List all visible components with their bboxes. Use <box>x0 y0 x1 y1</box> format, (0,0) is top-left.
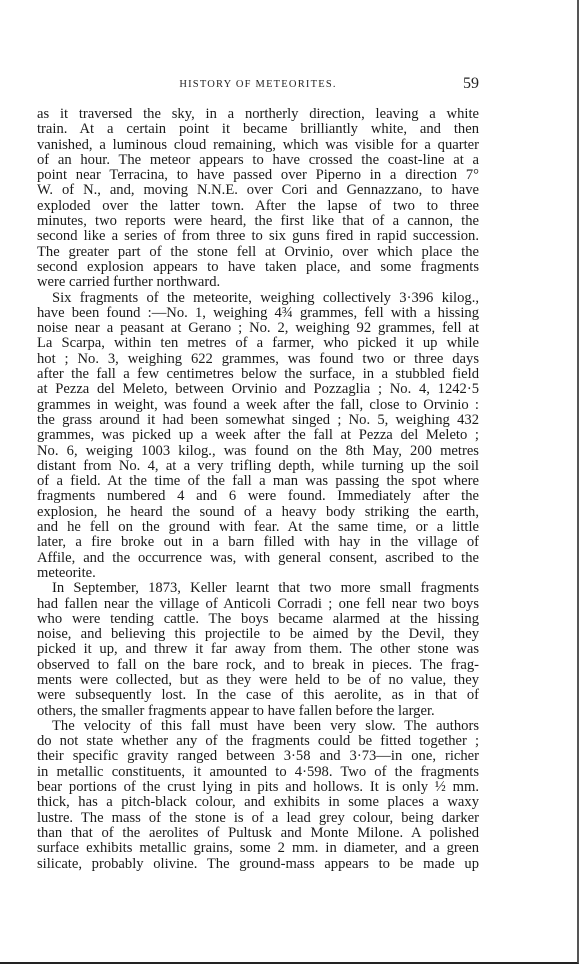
text-line: hot ; No. 3, weighing 622 grammes, was f… <box>37 352 479 367</box>
text-line: La Scarpa, within ten metres of a farmer… <box>37 336 479 351</box>
text-line: noise, and believing this projectile to … <box>37 627 479 642</box>
text-line: Six fragments of the meteorite, weighing… <box>37 291 479 306</box>
text-line: point near Terracina, to have passed ove… <box>37 168 479 183</box>
paragraph: as it traversed the sky, in a northerly … <box>37 107 479 291</box>
text-line: lustre. The mass of the stone is of a le… <box>37 811 479 826</box>
text-line: and he fell on the ground with fear. At … <box>37 520 479 535</box>
paragraph: The velocity of this fall must have been… <box>37 719 479 872</box>
page-number: 59 <box>463 75 479 93</box>
text-line: grammes, was picked up a week after the … <box>37 428 479 443</box>
book-page: HISTORY OF METEORITES. 59 as it traverse… <box>0 0 579 964</box>
text-line: observed to fall on the bare rock, and t… <box>37 658 479 673</box>
text-line: after the fall a few centimetres below t… <box>37 367 479 382</box>
text-line: who were tending cattle. The boys became… <box>37 612 479 627</box>
text-line: In September, 1873, Keller learnt that t… <box>37 581 479 596</box>
body-text: as it traversed the sky, in a northerly … <box>37 107 479 872</box>
text-line: The velocity of this fall must have been… <box>37 719 479 734</box>
text-line: minutes, two reports were heard, the fir… <box>37 214 479 229</box>
text-line: bear portions of the crust lying in pits… <box>37 780 479 795</box>
text-line: No. 6, weiging 1003 kilog., was found on… <box>37 444 479 459</box>
text-line: the grass around it had been somewhat si… <box>37 413 479 428</box>
text-line: picked it up, and threw it far away from… <box>37 642 479 657</box>
text-line: later, a fire broke out in a barn filled… <box>37 535 479 550</box>
text-line: second explosion appears to have taken p… <box>37 260 479 275</box>
text-line: do not state whether any of the fragment… <box>37 734 479 749</box>
text-line: explosion, he heard the sound of a heavy… <box>37 505 479 520</box>
text-line: of a field. At the time of the fall a ma… <box>37 474 479 489</box>
text-line: Affile, and the occurrence was, with gen… <box>37 551 479 566</box>
text-line: train. At a certain point it became bril… <box>37 122 479 137</box>
text-line: had fallen near the village of Anticoli … <box>37 597 479 612</box>
text-line: second like a series of from three to si… <box>37 229 479 244</box>
running-head: HISTORY OF METEORITES. 59 <box>37 75 479 93</box>
text-line: ments were collected, but as they were h… <box>37 673 479 688</box>
text-line: were subsequently lost. In the case of t… <box>37 688 479 703</box>
text-line: grammes in weight, was found a week afte… <box>37 398 479 413</box>
text-line: W. of N., and, moving N.N.E. over Cori a… <box>37 183 479 198</box>
text-line: thick, has a pitch-black colour, and exh… <box>37 795 479 810</box>
text-line: silicate, probably olivine. The ground-m… <box>37 857 479 872</box>
text-line: distant from No. 4, at a very trifling d… <box>37 459 479 474</box>
text-line: have been found :—No. 1, weighing 4¾ gra… <box>37 306 479 321</box>
running-title: HISTORY OF METEORITES. <box>37 79 479 90</box>
text-line: their specific gravity ranged between 3·… <box>37 749 479 764</box>
text-line: meteorite. <box>37 566 479 581</box>
text-line: were carried further northward. <box>37 275 479 290</box>
text-line: surface exhibits metallic grains, some 2… <box>37 841 479 856</box>
text-line: than that of the aerolites of Pultusk an… <box>37 826 479 841</box>
text-line: vanished, a luminous cloud remaining, wh… <box>37 138 479 153</box>
paragraph: In September, 1873, Keller learnt that t… <box>37 581 479 719</box>
text-line: others, the smaller fragments appear to … <box>37 704 479 719</box>
text-line: noise near a peasant at Gerano ; No. 2, … <box>37 321 479 336</box>
text-line: in metallic constituents, it amounted to… <box>37 765 479 780</box>
text-line: at Pezza del Meleto, between Orvinio and… <box>37 382 479 397</box>
text-line: of an hour. The meteor appears to have c… <box>37 153 479 168</box>
text-line: as it traversed the sky, in a northerly … <box>37 107 479 122</box>
text-line: exploded over the latter town. After the… <box>37 199 479 214</box>
text-line: fragments numbered 4 and 6 were found. I… <box>37 489 479 504</box>
paragraph: Six fragments of the meteorite, weighing… <box>37 291 479 582</box>
text-line: The greater part of the stone fell at Or… <box>37 245 479 260</box>
